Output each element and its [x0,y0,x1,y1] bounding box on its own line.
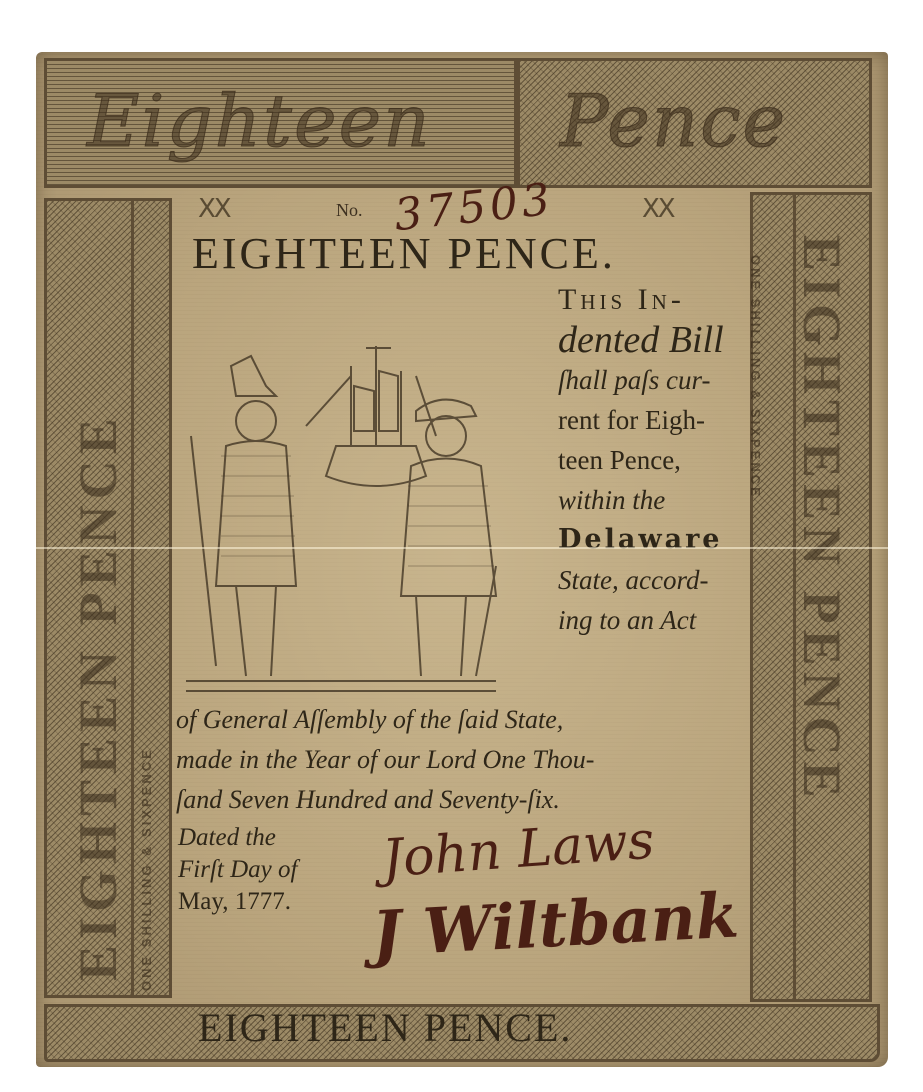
date-line: Firſt Day of [178,854,297,886]
ship-figures-vignette-icon [176,336,516,696]
body-line: State, accord- [558,560,758,600]
body-line: This In- [558,280,758,320]
left-border-text: EIGHTEEN PENCE [67,412,129,981]
fold-crease [36,547,888,549]
wide-line: ſand Seven Hundred and Seventy-ſix. [176,780,746,820]
signature-wiltbank: J Wiltbank [370,878,740,970]
corner-mark-left: XX [198,194,230,224]
colonial-banknote: Eighteen Pence EIGHTEEN PENCE ONE SHILLI… [36,52,888,1067]
body-line: ing to an Act [558,600,758,640]
signature-john-laws: John Laws [380,811,656,890]
date-line: Dated the [178,822,297,854]
corner-mark-right: XX [642,194,674,224]
top-right-engraved-panel: Pence [517,58,872,188]
denomination-heading-top: EIGHTEEN PENCE. [192,228,616,279]
top-left-engraved-panel: Eighteen [44,58,517,188]
center-field: XX XX No. 37503 EIGHTEEN PENCE. [172,188,750,1004]
bill-text-right-column: This In- dented Bill ſhall paſs cur- ren… [558,280,758,640]
body-line: teen Pence, [558,440,758,480]
date-line: May, 1777. [178,886,297,918]
wide-line: of General Aſſembly of the ſaid State, [176,700,746,740]
issue-date: Dated the Firſt Day of May, 1777. [178,822,297,918]
bill-text-wide-lines: of General Aſſembly of the ſaid State, m… [176,700,746,820]
serial-label: No. [336,200,363,221]
body-line: rent for Eigh- [558,400,758,440]
top-script-word-pence: Pence [560,79,787,163]
right-border-strip: EIGHTEEN PENCE ONE SHILLING & SIXPENCE [750,192,872,1002]
denomination-heading-bottom: EIGHTEEN PENCE. [198,1004,572,1051]
right-border-text: EIGHTEEN PENCE [791,235,853,804]
top-script-word-eighteen: Eighteen [87,79,432,163]
wide-line: made in the Year of our Lord One Thou- [176,740,746,780]
body-line: dented Bill [558,320,758,360]
body-line: ſhall paſs cur- [558,360,758,400]
body-line: within the [558,480,758,520]
left-border-strip: EIGHTEEN PENCE ONE SHILLING & SIXPENCE [44,198,172,998]
body-line-delaware: Delaware [558,520,758,560]
left-border-small-text: ONE SHILLING & SIXPENCE [139,747,154,991]
